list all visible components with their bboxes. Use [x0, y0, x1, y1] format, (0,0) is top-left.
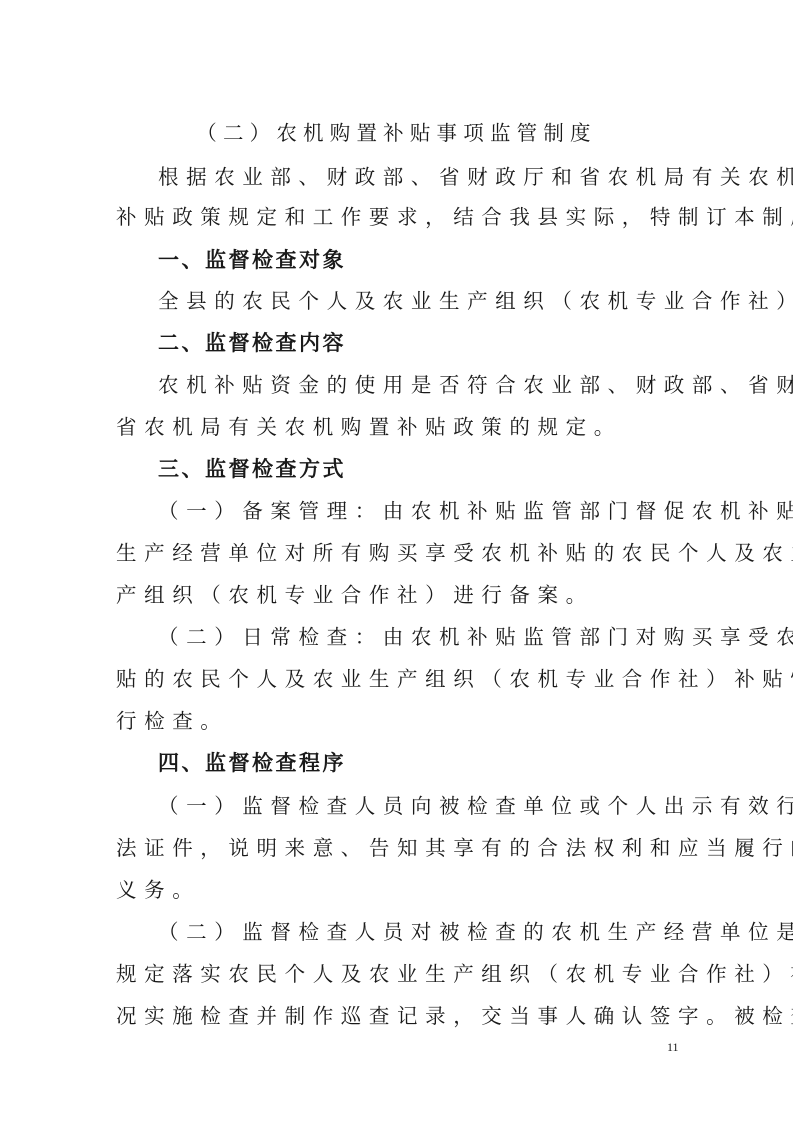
section-3-para-1-line-1: （一）备案管理：由农机补贴监管部门督促农机补贴机具: [158, 498, 738, 524]
document-title: （二）农机购置补贴事项监管制度: [0, 120, 793, 146]
section-3-para-2-line-2: 贴的农民个人及农业生产组织（农机专业合作社）补贴情况进: [116, 666, 696, 692]
section-2-line-1: 农机补贴资金的使用是否符合农业部、财政部、省财政厅、: [158, 372, 738, 398]
section-4-para-1-line-2: 法证件，说明来意、告知其享有的合法权利和应当履行的法定: [116, 835, 696, 861]
section-4-para-2-line-3: 况实施检查并制作巡查记录，交当事人确认签字。被检查单位: [116, 1003, 696, 1029]
section-4-para-2-line-1: （二）监督检查人员对被检查的农机生产经营单位是否按: [158, 919, 738, 945]
intro-line-2: 补贴政策规定和工作要求，结合我县实际，特制订本制度。: [116, 204, 696, 230]
page-number: 11: [667, 1040, 679, 1055]
section-4-para-1-line-1: （一）监督检查人员向被检查单位或个人出示有效行政执: [158, 793, 738, 819]
section-1-line-1: 全县的农民个人及农业生产组织（农机专业合作社）。: [158, 288, 738, 314]
document-page: （二）农机购置补贴事项监管制度 根据农业部、财政部、省财政厅和省农机局有关农机购…: [0, 0, 793, 1122]
section-4-para-1-line-3: 义务。: [116, 877, 696, 903]
section-3-para-2-line-1: （二）日常检查：由农机补贴监管部门对购买享受农机补: [158, 624, 738, 650]
section-3-para-2-line-3: 行检查。: [116, 708, 696, 734]
section-heading-1: 一、监督检查对象: [158, 247, 738, 273]
section-heading-4: 四、监督检查程序: [158, 750, 738, 776]
section-heading-2: 二、监督检查内容: [158, 330, 738, 356]
section-3-para-1-line-2: 生产经营单位对所有购买享受农机补贴的农民个人及农业生: [116, 540, 696, 566]
section-3-para-1-line-3: 产组织（农机专业合作社）进行备案。: [116, 582, 696, 608]
section-4-para-2-line-2: 规定落实农民个人及农业生产组织（农机专业合作社）补贴情: [116, 961, 696, 987]
intro-line-1: 根据农业部、财政部、省财政厅和省农机局有关农机购置: [158, 164, 738, 190]
section-heading-3: 三、监督检查方式: [158, 456, 738, 482]
section-2-line-2: 省农机局有关农机购置补贴政策的规定。: [116, 414, 696, 440]
